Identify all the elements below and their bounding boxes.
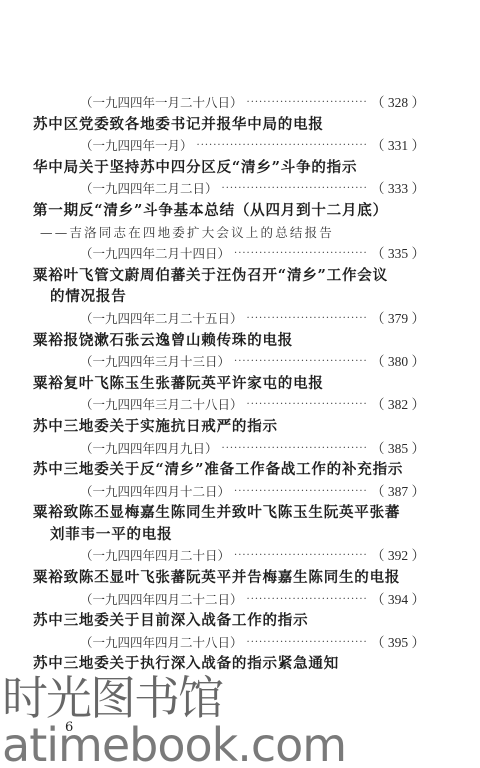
leader-dots: ········································… [247, 92, 367, 114]
entry-date: （一九四四年四月九日） [80, 438, 218, 460]
toc-entry-title-continuation: 刘菲韦一平的电报 [0, 524, 480, 546]
entry-date: （一九四四年一月） [80, 135, 193, 157]
toc-entry-title: 华中局关于坚持苏中四分区反“清乡”斗争的指示 [0, 157, 480, 179]
leader-dots: ········································… [222, 178, 367, 200]
leader-dots: ········································… [234, 243, 367, 265]
toc-entry-title-continuation: 的情况报告 [0, 286, 480, 308]
toc-entry-title: 苏中三地委关于目前深入战备工作的指示 [0, 610, 480, 632]
entry-date: （一九四四年二月二日） [80, 178, 218, 200]
toc-entry-title: 苏中区党委致各地委书记并报华中局的电报 [0, 114, 480, 136]
toc-date-line: （一九四四年二月十四日）····························… [0, 243, 425, 265]
entry-date: （一九四四年四月二十八日） [80, 632, 243, 654]
page-number: （ 333 ） [371, 178, 425, 200]
page-number: （ 335 ） [371, 243, 425, 265]
entry-date: （一九四四年二月二十五日） [80, 308, 243, 330]
entry-date: （一九四四年二月十四日） [80, 243, 230, 265]
page-number: （ 379 ） [371, 308, 425, 330]
entry-date: （一九四四年三月十三日） [80, 351, 230, 373]
toc-entry-title: 粟裕报饶漱石张云逸曾山赖传珠的电报 [0, 330, 480, 352]
leader-dots: ········································… [247, 394, 367, 416]
entry-date: （一九四四年三月二十八日） [80, 394, 243, 416]
page-number: （ 331 ） [371, 135, 425, 157]
leader-dots: ········································… [197, 135, 367, 157]
toc-date-line: （一九四四年四月二十二日）···························… [0, 589, 425, 611]
watermark-url: atimebook.com [2, 718, 346, 768]
leader-dots: ········································… [247, 589, 367, 611]
entry-date: （一九四四年四月二十日） [80, 545, 230, 567]
page-number: （ 392 ） [371, 545, 425, 567]
toc-date-line: （一九四四年一月二十八日）···························… [0, 92, 425, 114]
toc-entry-title: 粟裕致陈丕显叶飞张蕃阮英平并告梅嘉生陈同生的电报 [0, 567, 480, 589]
page-number: （ 394 ） [371, 589, 425, 611]
leader-dots: ········································… [234, 545, 367, 567]
toc-entry-title: 第一期反“清乡”斗争基本总结（从四月到十二月底） [0, 200, 480, 222]
toc-date-line: （一九四四年一月）·······························… [0, 135, 425, 157]
table-of-contents: （一九四四年一月二十八日）···························… [0, 92, 480, 675]
toc-date-line: （一九四四年四月九日）·····························… [0, 438, 425, 460]
toc-date-line: （一九四四年四月二十八日）···························… [0, 632, 425, 654]
toc-entry-title: 苏中三地委关于实施抗日戒严的指示 [0, 416, 480, 438]
page-number: （ 328 ） [371, 92, 425, 114]
leader-dots: ········································… [222, 438, 367, 460]
leader-dots: ········································… [247, 308, 367, 330]
toc-entry-title: 苏中三地委关于反“清乡”准备工作备战工作的补充指示 [0, 459, 480, 481]
entry-date: （一九四四年四月十二日） [80, 481, 230, 503]
page-number: （ 385 ） [371, 438, 425, 460]
toc-date-line: （一九四四年三月十三日）····························… [0, 351, 425, 373]
toc-entry-title: 粟裕致陈丕显梅嘉生陈同生并致叶飞陈玉生阮英平张蕃 [0, 502, 480, 524]
toc-entry-title: 粟裕复叶飞陈玉生张蕃阮英平许家屯的电报 [0, 373, 480, 395]
page-number: （ 395 ） [371, 632, 425, 654]
entry-date: （一九四四年四月二十二日） [80, 589, 243, 611]
entry-date: （一九四四年一月二十八日） [80, 92, 243, 114]
page-number: （ 382 ） [371, 394, 425, 416]
leader-dots: ········································… [247, 632, 367, 654]
toc-date-line: （一九四四年四月十二日）····························… [0, 481, 425, 503]
page-number: （ 380 ） [371, 351, 425, 373]
toc-date-line: （一九四四年三月二十八日）···························… [0, 394, 425, 416]
page-number: （ 387 ） [371, 481, 425, 503]
leader-dots: ········································… [234, 351, 367, 373]
leader-dots: ········································… [234, 481, 367, 503]
toc-date-line: （一九四四年四月二十日）····························… [0, 545, 425, 567]
toc-date-line: （一九四四年二月二十五日）···························… [0, 308, 425, 330]
toc-entry-subtitle: ——吉洛同志在四地委扩大会议上的总结报告 [0, 222, 480, 244]
toc-date-line: （一九四四年二月二日）·····························… [0, 178, 425, 200]
toc-entry-title: 粟裕叶飞管文蔚周伯蕃关于汪伪召开“清乡”工作会议 [0, 265, 480, 287]
